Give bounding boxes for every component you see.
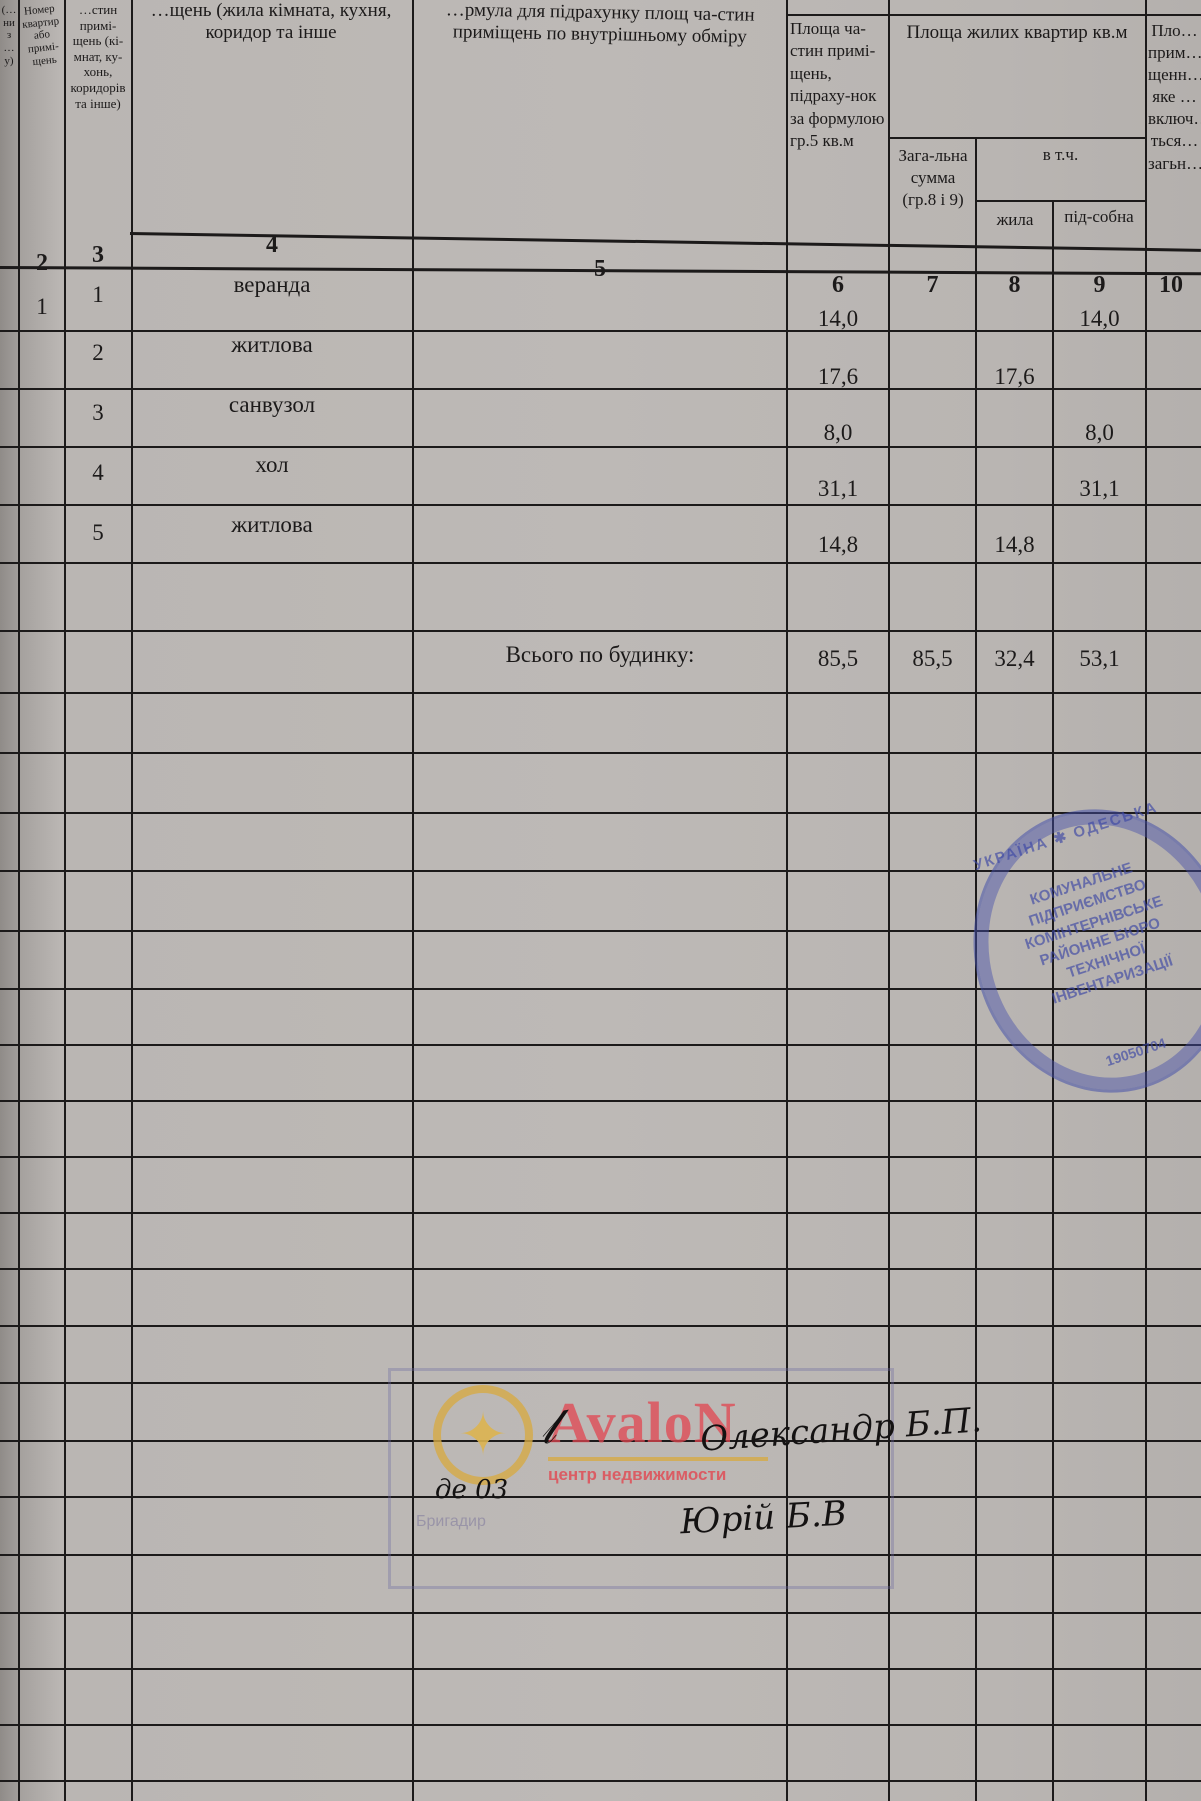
header-subgroup-8-9: в т.ч. [978, 145, 1143, 165]
watermark-bar [548, 1457, 768, 1461]
document-page: (…ни з …у) Номер квартир або примі-щень … [0, 0, 1201, 1801]
column-number: 4 [132, 232, 412, 260]
room-name: санвузол [132, 392, 412, 418]
auxiliary-value: 8,0 [1054, 420, 1145, 446]
apartment-number: 1 [20, 294, 64, 320]
summary-area: 85,5 [788, 646, 888, 672]
room-name: хол [132, 452, 412, 478]
row-line [0, 504, 1201, 506]
row-line [0, 1100, 1201, 1102]
header-col10: Пло… прим… щенн… яке … включ… ться… загь… [1148, 20, 1201, 175]
row-line [0, 1668, 1201, 1670]
column-number: 5 [414, 256, 786, 284]
area-value: 14,0 [788, 306, 888, 332]
watermark-subtitle: центр недвижимости [548, 1465, 726, 1485]
column-number: 2 [20, 250, 64, 278]
header-divider [888, 137, 1145, 139]
column-number: 10 [1147, 272, 1201, 300]
stamp-code: 19050704 [1014, 1006, 1201, 1098]
column-number: 8 [977, 272, 1052, 300]
row-line [0, 812, 1201, 814]
header-col5: …рмула для підрахунку площ ча-стин примі… [425, 0, 776, 49]
header-divider [975, 200, 1145, 202]
room-number: 3 [66, 400, 130, 426]
summary-total: 85,5 [890, 646, 975, 672]
area-value: 17,6 [788, 364, 888, 390]
column-number: 3 [66, 242, 130, 270]
column-number: 6 [788, 272, 888, 300]
signature-prefix: де 03 [435, 1475, 508, 1505]
room-number: 4 [66, 460, 130, 486]
auxiliary-value: 31,1 [1054, 476, 1145, 502]
header-col4: …щень (жила кімната, кухня, коридор та і… [140, 0, 402, 44]
stamp-center-text: КОМУНАЛЬНЕ ПІДПРИЄМСТВО КОМІНТЕРНІВСЬКЕ … [986, 845, 1201, 1021]
summary-auxiliary: 53,1 [1054, 646, 1145, 672]
row-line [0, 692, 1201, 694]
area-value: 14,8 [788, 532, 888, 558]
col-divider [131, 0, 133, 1801]
area-value: 31,1 [788, 476, 888, 502]
room-number: 2 [66, 340, 130, 366]
row-line [0, 630, 1201, 632]
area-value: 8,0 [788, 420, 888, 446]
row-line [0, 1325, 1201, 1327]
header-col3: …стин примі-щень (кі-мнат, ку-хонь, кори… [66, 2, 130, 111]
col-divider [64, 0, 66, 1801]
compass-star-icon: ✦ [433, 1385, 533, 1485]
header-col6: Площа ча-стин примі-щень, підраху-нок за… [790, 18, 886, 153]
header-col9: під-собна [1055, 206, 1143, 228]
room-name: веранда [132, 272, 412, 298]
header-group-7-9: Площа жилих квартир кв.м [892, 20, 1142, 47]
brigade-label: Бригадир [416, 1513, 486, 1531]
row-line [0, 1780, 1201, 1782]
header-top-line [786, 14, 1201, 16]
summary-living: 32,4 [977, 646, 1052, 672]
header-col7: Зага-льна сумма (гр.8 і 9) [892, 145, 974, 211]
row-line [0, 1156, 1201, 1158]
room-number: 1 [66, 282, 130, 308]
header-col2: Номер квартир або примі-щень [17, 2, 67, 69]
living-value: 14,8 [977, 532, 1052, 558]
column-number: 7 [890, 272, 975, 300]
row-line [0, 446, 1201, 448]
row-line [0, 752, 1201, 754]
row-line [0, 562, 1201, 564]
room-number: 5 [66, 520, 130, 546]
header-col8: жила [978, 210, 1052, 230]
row-line [0, 1724, 1201, 1726]
room-name: житлова [132, 332, 412, 358]
row-line [0, 1268, 1201, 1270]
summary-label: Всього по будинку: [414, 642, 786, 668]
living-value: 17,6 [977, 364, 1052, 390]
row-line [0, 1612, 1201, 1614]
header-col1: (…ни з …у) [0, 4, 18, 67]
column-number: 9 [1054, 272, 1145, 300]
row-line [0, 1212, 1201, 1214]
auxiliary-value: 14,0 [1054, 306, 1145, 332]
room-name: житлова [132, 512, 412, 538]
